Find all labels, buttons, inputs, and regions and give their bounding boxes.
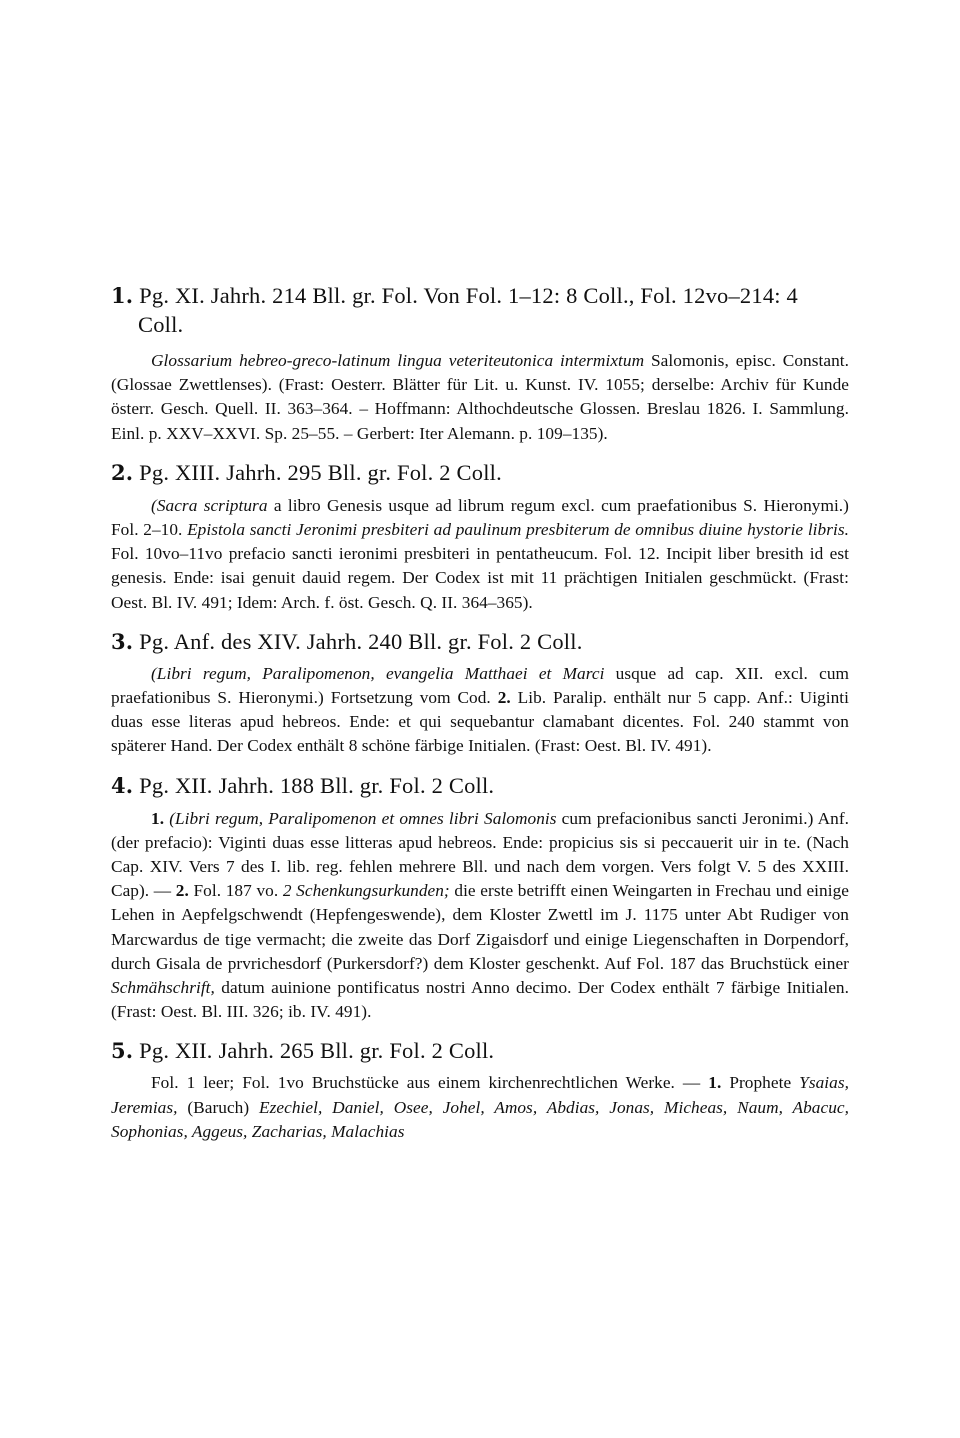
work-title: (Libri regum, Paralipomenon, evangelia M… <box>151 664 604 683</box>
entry-heading: 5. Pg. XII. Jahrh. 265 Bll. gr. Fol. 2 C… <box>111 1036 849 1065</box>
catalog-entry-3: 3. Pg. Anf. des XIV. Jahrh. 240 Bll. gr.… <box>111 627 849 759</box>
description-text: Fol. 1 leer; Fol. 1vo Bruchstücke aus ei… <box>151 1073 708 1092</box>
catalog-entry-4: 4. Pg. XII. Jahrh. 188 Bll. gr. Fol. 2 C… <box>111 771 849 1025</box>
entry-heading-text: Pg. XII. Jahrh. 188 Bll. gr. Fol. 2 Coll… <box>139 773 494 798</box>
description-text: (Baruch) <box>178 1098 260 1117</box>
entry-heading-text: Pg. XIII. Jahrh. 295 Bll. gr. Fol. 2 Col… <box>139 460 502 485</box>
entry-number: 2. <box>111 460 133 485</box>
work-title: Glossarium hebreo-greco-latinum lingua v… <box>151 351 644 370</box>
entry-number: 4. <box>111 773 133 798</box>
work-title: (Libri regum, Paralipomenon et omnes lib… <box>164 809 556 828</box>
work-title: Sacra scriptura <box>157 496 268 515</box>
item-number: 1. <box>151 809 164 828</box>
catalog-entry-5: 5. Pg. XII. Jahrh. 265 Bll. gr. Fol. 2 C… <box>111 1036 849 1144</box>
catalog-entry-2: 2. Pg. XIII. Jahrh. 295 Bll. gr. Fol. 2 … <box>111 458 849 615</box>
entry-description: Glossarium hebreo-greco-latinum lingua v… <box>111 349 849 446</box>
catalog-entry-1: 1. Pg. XI. Jahrh. 214 Bll. gr. Fol. Von … <box>111 281 849 446</box>
catalog-page: 1. Pg. XI. Jahrh. 214 Bll. gr. Fol. Von … <box>111 281 849 1144</box>
entry-heading: 2. Pg. XIII. Jahrh. 295 Bll. gr. Fol. 2 … <box>111 458 849 487</box>
entry-description: 1. (Libri regum, Paralipomenon et omnes … <box>111 807 849 1025</box>
entry-description: Fol. 1 leer; Fol. 1vo Bruchstücke aus ei… <box>111 1071 849 1144</box>
item-number: 1. <box>708 1073 721 1092</box>
description-text: datum auinione pontificatus nostri Anno … <box>111 978 849 1021</box>
entry-heading-text: Pg. XI. Jahrh. 214 Bll. gr. Fol. Von Fol… <box>138 283 798 337</box>
entry-number: 1. <box>111 283 133 308</box>
description-text: Fol. 187 vo. <box>189 881 283 900</box>
entry-number: 3. <box>111 629 133 654</box>
work-title: 2 Schenkungsurkunden; <box>283 881 450 900</box>
entry-heading: 3. Pg. Anf. des XIV. Jahrh. 240 Bll. gr.… <box>111 627 849 656</box>
entry-description: (Sacra scriptura a libro Genesis usque a… <box>111 494 849 615</box>
entry-number: 5. <box>111 1038 133 1063</box>
entry-heading: 4. Pg. XII. Jahrh. 188 Bll. gr. Fol. 2 C… <box>111 771 849 800</box>
description-text: Prophete <box>721 1073 799 1092</box>
entry-heading-text: Pg. XII. Jahrh. 265 Bll. gr. Fol. 2 Coll… <box>139 1038 494 1063</box>
work-title: Schmähschrift, <box>111 978 215 997</box>
entry-heading-text: Pg. Anf. des XIV. Jahrh. 240 Bll. gr. Fo… <box>139 629 582 654</box>
work-title: Epistola sancti Jeronimi presbiteri ad p… <box>187 520 849 539</box>
codex-reference: 2. <box>498 688 511 707</box>
description-text: Fol. 10vo–11vo prefacio sancti ieronimi … <box>111 544 849 611</box>
entry-description: (Libri regum, Paralipomenon, evangelia M… <box>111 662 849 759</box>
entry-heading: 1. Pg. XI. Jahrh. 214 Bll. gr. Fol. Von … <box>111 281 849 339</box>
item-number: 2. <box>176 881 189 900</box>
